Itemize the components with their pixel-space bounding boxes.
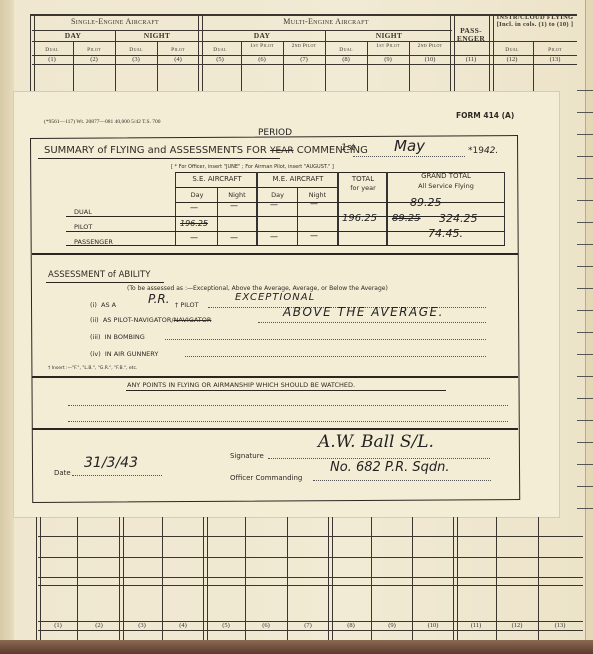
col-label-dual: Dual <box>326 46 366 54</box>
assessment-item-3: (iii) IN BOMBING <box>90 333 145 341</box>
year-field: *1942. <box>468 146 498 156</box>
se-day-heading: DAY <box>32 32 114 40</box>
col-label-2nd-pilot: 2nd Pilot <box>410 42 450 50</box>
row-label-passenger: PASSENGER <box>74 238 113 246</box>
column-number: (1) <box>38 622 78 629</box>
column-number: (5) <box>200 56 240 63</box>
single-engine-heading: Single-Engine Aircraft <box>32 18 198 26</box>
assessment-instruction: (To be assessed as :—Exceptional, Above … <box>127 285 388 292</box>
form-title: SUMMARY of FLYING and ASSESSMENTS FOR YE… <box>44 145 368 156</box>
column-number: (13) <box>539 622 581 629</box>
me-night-header: Night <box>298 191 337 199</box>
se-night-header: Night <box>218 191 256 199</box>
passenger-me-day: — <box>270 232 278 241</box>
title-footnote: [ * For Officer, insert "JUNE" ; For Air… <box>171 164 334 170</box>
dual-grand-total: 89.25 <box>410 196 442 209</box>
column-number: (2) <box>79 622 119 629</box>
row-label-dual: DUAL <box>74 208 92 216</box>
grand-total-header: GRAND TOTAL <box>388 172 504 180</box>
column-number: (4) <box>163 622 203 629</box>
column-number: (1) <box>32 56 72 63</box>
instr-cloud-heading: INSTR/CLOUD FLYING [Incl. in cols. (1) t… <box>492 14 578 28</box>
col-label-dual: Dual <box>492 46 532 54</box>
se-day-header: Day <box>177 191 217 199</box>
print-reference: (*9561—117) Wt. 20877—081 40,000 5/42 T.… <box>44 119 161 125</box>
column-number: (7) <box>284 56 324 63</box>
column-number: (11) <box>456 622 496 629</box>
signature-value: A.W. Ball S/L. <box>318 432 434 452</box>
column-number: (3) <box>122 622 162 629</box>
passenger-se-day: — <box>190 233 198 242</box>
struck-year: YEAR <box>270 146 294 156</box>
total-header: TOTAL <box>339 175 387 183</box>
date-label: Date <box>54 469 71 477</box>
col-label-pilot: Pilot <box>534 46 576 54</box>
assessment-navigator-value: ABOVE THE AVERAGE. <box>283 305 444 319</box>
assessment-heading: ASSESSMENT of ABILITY <box>48 270 150 280</box>
se-night-heading: NIGHT <box>116 32 198 40</box>
col-label-dual: Dual <box>32 46 72 54</box>
me-day-header: Day <box>258 191 297 199</box>
passenger-se-night: — <box>230 233 238 242</box>
column-number: (10) <box>413 622 453 629</box>
col-label-dual: Dual <box>200 46 240 54</box>
pilot-grand-total-struck: 89.25 <box>392 213 421 224</box>
assessment-item-2: (ii) AS PILOT-NAVIGATOR/NAVIGATOR <box>90 316 211 324</box>
aircraft-role-insert: P.R. <box>148 292 170 306</box>
col-label-pilot: Pilot <box>158 46 198 54</box>
dual-me-day: — <box>270 200 278 209</box>
pilot-total-for-year: 196.25 <box>342 213 377 224</box>
passenger-grand-total: 74.45. <box>428 227 463 240</box>
multi-engine-heading: Multi-Engine Aircraft <box>200 18 452 26</box>
commencing-month: May <box>394 137 425 155</box>
page-edge <box>585 0 593 640</box>
se-aircraft-header: S.E. AIRCRAFT <box>177 175 257 183</box>
insert-note: † Insert :—"F.", "L.B.", "G.R.", "F.B.",… <box>48 366 137 371</box>
column-number: (6) <box>242 56 282 63</box>
column-number: (9) <box>368 56 408 63</box>
total-subheader: for year <box>339 184 387 192</box>
passenger-me-night: — <box>310 231 318 240</box>
officer-commanding-value: No. 682 P.R. Sqdn. <box>330 460 450 475</box>
col-label-1st-pilot: 1st Pilot <box>242 42 282 50</box>
column-number: (11) <box>452 56 490 63</box>
commencing-day: 1st <box>341 143 355 153</box>
dual-se-night: — <box>230 201 238 210</box>
column-number: (12) <box>492 56 532 63</box>
logbook-page: Single-Engine Aircraft Multi-Engine Airc… <box>0 0 593 654</box>
assessment-pilot-value: EXCEPTIONAL <box>235 292 315 303</box>
signature-label: Signature <box>230 452 264 460</box>
me-day-heading: DAY <box>200 32 324 40</box>
inserted-period: PERIOD <box>258 128 292 138</box>
column-number: (4) <box>158 56 198 63</box>
book-cover-edge <box>0 640 593 654</box>
column-number: (12) <box>497 622 537 629</box>
date-value: 31/3/43 <box>84 455 138 471</box>
column-number: (10) <box>410 56 450 63</box>
pilot-se-day-struck: 196.25 <box>180 219 208 228</box>
pilot-grand-total: 324.25 <box>439 212 478 225</box>
col-label-pilot: Pilot <box>74 46 114 54</box>
form-number: FORM 414 (A) <box>456 111 514 120</box>
pilot-label: † PILOT <box>175 301 199 309</box>
points-heading: ANY POINTS IN FLYING OR AIRMANSHIP WHICH… <box>127 381 355 389</box>
column-number: (5) <box>206 622 246 629</box>
me-aircraft-header: M.E. AIRCRAFT <box>258 175 338 183</box>
col-label-dual: Dual <box>116 46 156 54</box>
column-number: (8) <box>326 56 366 63</box>
column-number: (9) <box>372 622 412 629</box>
officer-commanding-label: Officer Commanding <box>230 474 302 482</box>
row-label-pilot: PILOT <box>74 223 92 231</box>
column-number: (6) <box>246 622 286 629</box>
column-number: (13) <box>534 56 576 63</box>
column-number: (8) <box>331 622 371 629</box>
col-label-1st-pilot: 1st Pilot <box>368 42 408 50</box>
column-number: (3) <box>116 56 156 63</box>
me-night-heading: NIGHT <box>326 32 452 40</box>
dual-me-night: — <box>310 199 318 208</box>
dual-se-day: — <box>190 203 198 212</box>
col-label-2nd-pilot: 2nd Pilot <box>284 42 324 50</box>
assessment-item-1: (i) AS A <box>90 301 116 309</box>
column-number: (2) <box>74 56 114 63</box>
book-spine <box>0 0 14 654</box>
grand-total-subheader: All Service Flying <box>388 182 504 190</box>
column-number: (7) <box>288 622 328 629</box>
assessment-item-4: (iv) IN AIR GUNNERY <box>90 350 158 358</box>
